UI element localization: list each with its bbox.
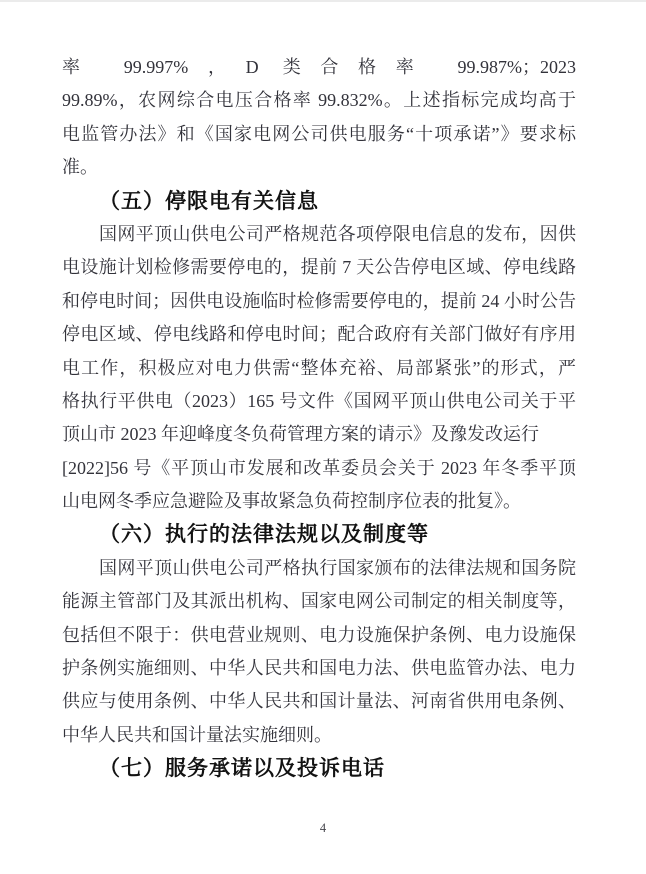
body-line: 国网平顶山供电公司严格执行国家颁布的法律法规和国务院: [62, 552, 576, 585]
section-heading-7: （七）服务承诺以及投诉电话: [62, 752, 576, 785]
body-line: 护条例实施细则、中华人民共和国电力法、供电监管办法、电力: [62, 652, 576, 685]
section-heading-6: （六）执行的法律法规以及制度等: [62, 518, 576, 551]
body-line: 电设施计划检修需要停电的，提前 7 天公告停电区域、停电线路: [62, 251, 576, 284]
page-number: 4: [0, 821, 646, 836]
body-line: 国网平顶山供电公司严格规范各项停限电信息的发布，因供: [62, 218, 576, 251]
body-line: 率 99.997%，D 类合格率 99.987%；2023 年农网供电可靠率完成…: [62, 51, 576, 84]
body-line: 停电区域、停电线路和停电时间；配合政府有关部门做好有序用: [62, 318, 576, 351]
document-body: 率 99.997%，D 类合格率 99.987%；2023 年农网供电可靠率完成…: [62, 51, 576, 786]
body-line: 准。: [62, 151, 576, 184]
document-page: 率 99.997%，D 类合格率 99.987%；2023 年农网供电可靠率完成…: [0, 0, 646, 874]
body-line: 能源主管部门及其派出机构、国家电网公司制定的相关制度等，: [62, 585, 576, 618]
body-line: 电工作，积极应对电力供需“整体充裕、局部紧张”的形式，严: [62, 352, 576, 385]
section-heading-5: （五）停限电有关信息: [62, 185, 576, 218]
body-line: [2022]56 号《平顶山市发展和改革委员会关于 2023 年冬季平顶: [62, 452, 576, 485]
body-line: 中华人民共和国计量法实施细则。: [62, 719, 576, 752]
body-line: 电监管办法》和《国家电网公司供电服务“十项承诺”》要求标: [62, 118, 576, 151]
body-line: 山电网冬季应急避险及事故紧急负荷控制序位表的批复》。: [62, 485, 576, 518]
body-line: 包括但不限于：供电营业规则、电力设施保护条例、电力设施保: [62, 619, 576, 652]
body-line: 顶山市 2023 年迎峰度冬负荷管理方案的请示》及豫发改运行: [62, 418, 576, 451]
body-line: 供应与使用条例、中华人民共和国计量法、河南省供用电条例、: [62, 685, 576, 718]
body-line: 格执行平供电（2023）165 号文件《国网平顶山供电公司关于平: [62, 385, 576, 418]
body-line: 和停电时间；因供电设施临时检修需要停电的，提前 24 小时公告: [62, 285, 576, 318]
body-line: 99.89%，农网综合电压合格率 99.832%。上述指标完成均高于《供: [62, 84, 576, 117]
